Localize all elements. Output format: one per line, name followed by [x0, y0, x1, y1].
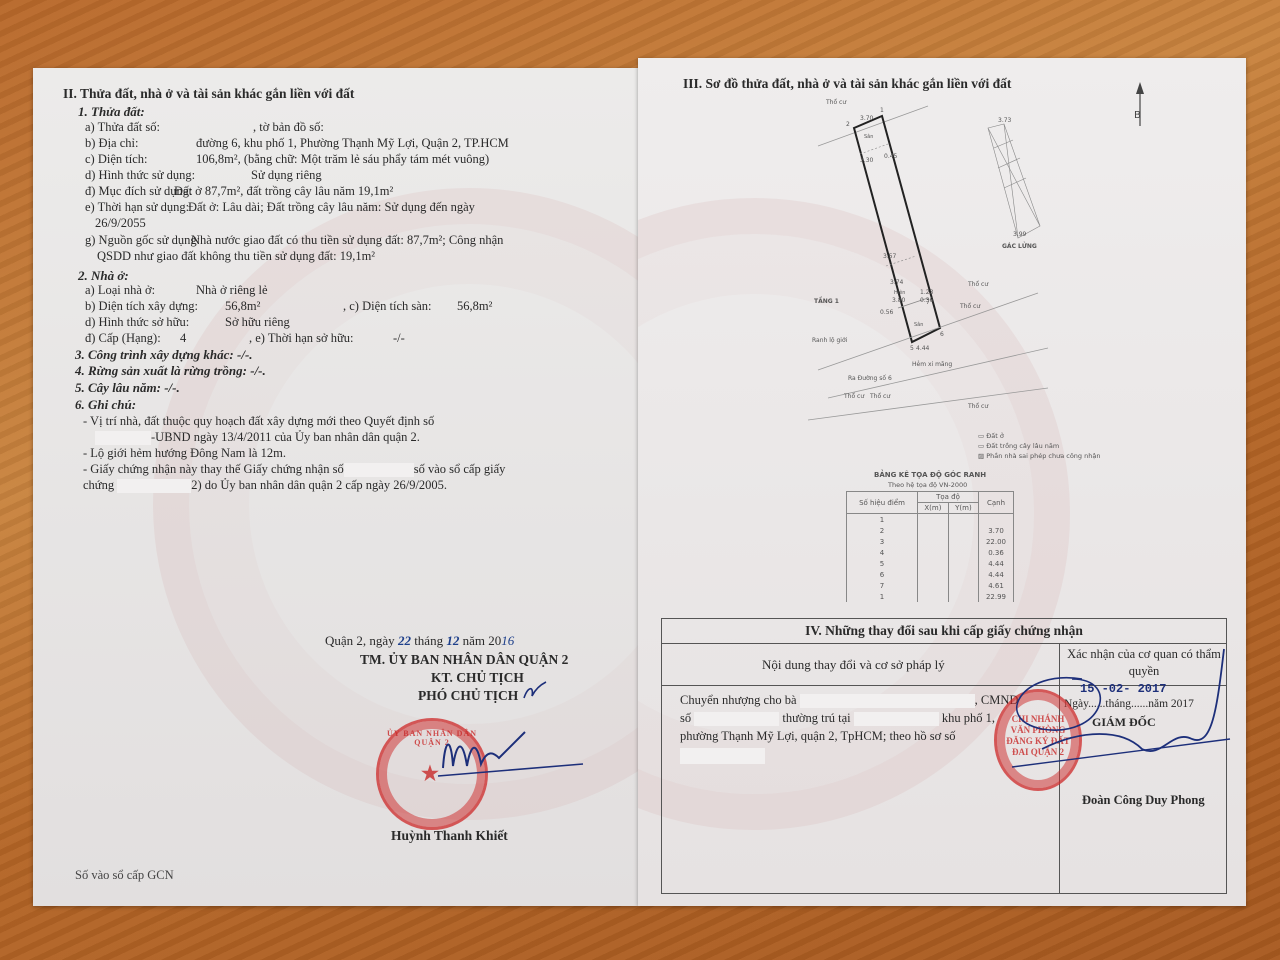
coord-table-row: 322.00: [847, 536, 1014, 547]
certificate-right-page: III. Sơ đồ thửa đất, nhà ở và tài sản kh…: [638, 58, 1246, 906]
north-arrow-icon: [1130, 80, 1150, 130]
redacted-decision-number: [95, 431, 151, 445]
floor-area-value: 56,8m²: [457, 299, 492, 314]
svg-text:5: 5: [910, 345, 914, 352]
signer-role-1: KT. CHỦ TỊCH: [431, 670, 524, 686]
svg-text:3.74: 3.74: [890, 279, 904, 286]
svg-text:3.80: 3.80: [892, 297, 906, 304]
ownership-term-label: , e) Thời hạn sở hữu:: [249, 331, 353, 346]
issue-month: 12: [446, 633, 459, 648]
signer-role-2: PHÓ CHỦ TỊCH: [418, 688, 518, 704]
land-line-label: b) Địa chỉ:: [85, 136, 138, 151]
svg-text:Thổ cư: Thổ cư: [959, 303, 981, 310]
ownership-label: d) Hình thức sở hữu:: [85, 315, 189, 330]
coord-table-row: 23.70: [847, 525, 1014, 536]
redacted-id-number: [694, 712, 779, 726]
build-area-value: 56,8m²: [225, 299, 260, 314]
svg-text:TẦNG 1: TẦNG 1: [814, 296, 839, 305]
land-line-label: c) Diện tích:: [85, 152, 147, 167]
svg-text:Thổ cư: Thổ cư: [869, 393, 891, 400]
svg-text:Thổ cư: Thổ cư: [967, 281, 989, 288]
perennial-trees: 5. Cây lâu năm: -/-.: [75, 380, 180, 396]
coord-table-row: 54.44: [847, 558, 1014, 569]
ownership-term-value: -/-: [393, 331, 405, 346]
confirm-signer-name: Đoàn Công Duy Phong: [1082, 793, 1205, 808]
house-type-value: Nhà ở riêng lẻ: [196, 283, 268, 298]
signature-doan-cong-duy-phong: [962, 639, 1232, 779]
svg-text:Sân: Sân: [914, 321, 923, 328]
svg-text:Hẻm xi măng: Hẻm xi măng: [912, 361, 952, 368]
coordinate-table: Số hiệu điểm Tọa độ Cạnh X(m) Y(m) 123.7…: [846, 491, 1014, 602]
svg-text:3.99: 3.99: [1013, 231, 1027, 238]
redacted-registry-number: [117, 479, 191, 493]
issue-day: 22: [398, 633, 411, 648]
land-line-label: a) Thửa đất số:: [85, 120, 160, 135]
svg-text:1.23: 1.23: [920, 289, 934, 296]
redacted-dossier-number: [680, 748, 765, 764]
redacted-buyer-name: [800, 694, 975, 708]
svg-text:Ranh lộ giới: Ranh lộ giới: [812, 337, 848, 344]
svg-text:Thổ cư: Thổ cư: [843, 393, 865, 400]
coord-table-row: 122.99: [847, 591, 1014, 602]
svg-text:GÁC LỬNG: GÁC LỬNG: [1002, 242, 1037, 250]
note-line-4: - Giấy chứng nhận này thay thế Giấy chứn…: [83, 462, 505, 477]
redacted-address: [854, 712, 939, 726]
issue-date: Quận 2, ngày 22 tháng 12 năm 2016: [325, 633, 514, 649]
notes-heading: 6. Ghi chú:: [75, 397, 136, 413]
signer-name: Huỳnh Thanh Khiết: [391, 828, 508, 844]
coord-table-row: 1: [847, 514, 1014, 526]
issuing-org: TM. ỦY BAN NHÂN DÂN QUẬN 2: [360, 652, 568, 668]
land-line-value: , tờ bản đồ số:: [253, 120, 324, 135]
land-line-label: d) Hình thức sử dụng:: [85, 168, 195, 183]
note-line-5: chứng 2) do Ủy ban nhân dân quận 2 cấp n…: [83, 478, 447, 493]
house-heading: 2. Nhà ở:: [78, 268, 129, 284]
svg-text:2: 2: [846, 121, 850, 128]
issue-year-suffix: 16: [501, 633, 514, 648]
initial-mark: [520, 680, 550, 704]
build-area-label: b) Diện tích xây dựng:: [85, 299, 198, 314]
svg-text:4.44: 4.44: [916, 345, 930, 352]
svg-text:3.30: 3.30: [860, 157, 874, 164]
legend-perennial: ▭ Đất trồng cây lâu năm: [978, 442, 1059, 450]
redacted-certificate-number: [344, 463, 414, 477]
registry-footer: Số vào sổ cấp GCN: [75, 868, 174, 883]
land-line-value: 26/9/2055: [95, 216, 146, 231]
svg-text:3.73: 3.73: [998, 117, 1012, 124]
land-line-value: 106,8m², (bằng chữ: Một trăm lẻ sáu phẩy…: [196, 152, 489, 167]
certificate-left-page: II. Thửa đất, nhà ở và tài sản khác gắn …: [33, 68, 638, 906]
ownership-value: Sở hữu riêng: [225, 315, 290, 330]
svg-text:Hiên: Hiên: [894, 289, 905, 296]
coord-table-subtitle: Theo hệ tọa độ VN-2000: [888, 481, 967, 489]
coord-table-title: BẢNG KÊ TỌA ĐỘ GÓC RANH: [874, 471, 986, 479]
note-line-1: - Vị trí nhà, đất thuộc quy hoạch đất xâ…: [83, 414, 434, 429]
production-forest: 4. Rừng sản xuất là rừng trồng: -/-.: [75, 363, 266, 379]
land-line-value: đường 6, khu phố 1, Phường Thạnh Mỹ Lợi,…: [196, 136, 509, 151]
grade-value: 4: [180, 331, 186, 346]
svg-text:1: 1: [880, 107, 884, 114]
land-line-label: g) Nguồn gốc sử dụng:: [85, 233, 200, 248]
coord-table-row: 40.36: [847, 547, 1014, 558]
land-line-value: Đất ở: Lâu dài; Đất trồng cây lâu năm: S…: [188, 200, 475, 215]
house-type-label: a) Loại nhà ở:: [85, 283, 155, 298]
svg-text:Thổ cư: Thổ cư: [825, 99, 847, 106]
land-line-value: Đất ở 87,7m², đất trồng cây lâu năm 19,1…: [174, 184, 393, 199]
coord-table-row: 74.61: [847, 580, 1014, 591]
land-line-value: Sử dụng riêng: [251, 168, 322, 183]
svg-text:3.70: 3.70: [860, 115, 874, 122]
section-iii-title: III. Sơ đồ thửa đất, nhà ở và tài sản kh…: [683, 76, 1011, 92]
signature-huynh-thanh-khiet: [433, 728, 593, 788]
other-construction: 3. Công trình xây dựng khác: -/-.: [75, 347, 253, 363]
land-line-value: QSDD như giao đất không thu tiền sử dụng…: [97, 249, 375, 264]
svg-text:3.57: 3.57: [883, 253, 897, 260]
land-line-value: Nhà nước giao đất có thu tiền sử dụng đấ…: [191, 233, 503, 248]
coord-table-row: 64.44: [847, 569, 1014, 580]
svg-text:6: 6: [940, 331, 944, 338]
svg-text:0.56: 0.56: [880, 309, 894, 316]
changes-table: IV. Những thay đổi sau khi cấp giấy chứn…: [661, 618, 1227, 894]
site-plan-diagram: Thổ cư Sân 3.70 21 0.453.30 3.573.74 Hiê…: [808, 98, 1068, 428]
note-line-2: -UBND ngày 13/4/2011 của Ủy ban nhân dân…: [95, 430, 420, 445]
svg-text:0.45: 0.45: [884, 153, 898, 160]
grade-label: đ) Cấp (Hạng):: [85, 331, 161, 346]
changes-col-content: Nội dung thay đổi và cơ sở pháp lý: [762, 657, 945, 673]
legend-residential: ▭ Đất ở: [978, 432, 1004, 440]
note-line-3: - Lộ giới hẻm hướng Đông Nam là 12m.: [83, 446, 286, 461]
legend-unpermitted: ▨ Phần nhà sai phép chưa công nhận: [978, 452, 1100, 460]
land-heading: 1. Thửa đất:: [78, 104, 145, 120]
floor-area-label: , c) Diện tích sàn:: [343, 299, 432, 314]
land-line-label: e) Thời hạn sử dụng:: [85, 200, 189, 215]
change-entry-line-3: phường Thạnh Mỹ Lợi, quận 2, TpHCM; theo…: [680, 729, 955, 744]
change-entry-line-2: số thường trú tại khu phố 1,: [680, 711, 995, 726]
svg-text:Sân: Sân: [864, 133, 873, 140]
north-label: B: [1134, 110, 1141, 121]
svg-text:7: 7: [926, 299, 930, 306]
svg-text:Ra Đường số 6: Ra Đường số 6: [848, 375, 892, 382]
svg-text:Thổ cư: Thổ cư: [967, 403, 989, 410]
section-ii-title: II. Thửa đất, nhà ở và tài sản khác gắn …: [63, 86, 354, 102]
